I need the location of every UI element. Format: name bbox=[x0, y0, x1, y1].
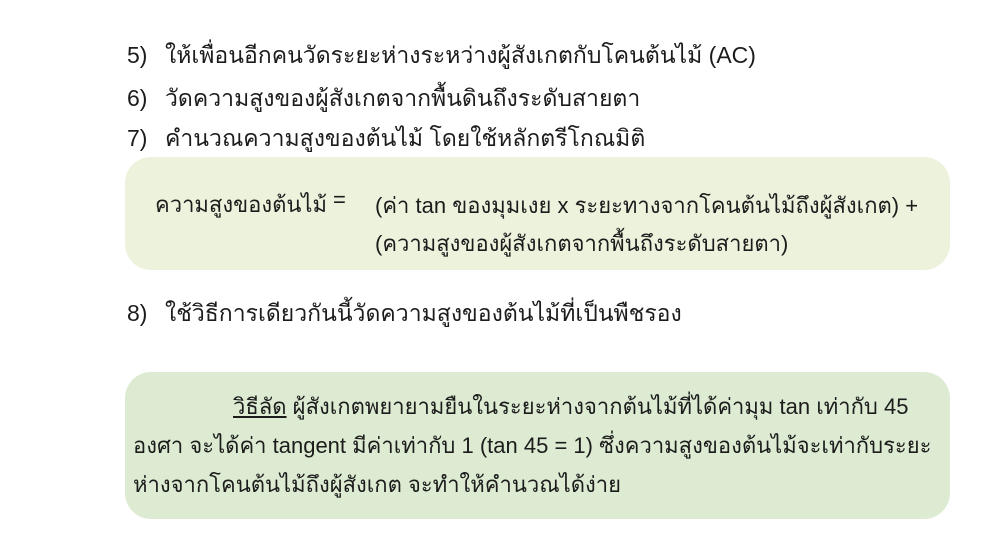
formula-equals-sign: = bbox=[333, 187, 346, 213]
step-text: วัดความสูงของผู้สังเกตจากพื้นดินถึงระดับ… bbox=[165, 83, 640, 113]
step-item-6: 6) วัดความสูงของผู้สังเกตจากพื้นดินถึงระ… bbox=[127, 83, 640, 113]
step-text: ใช้วิธีการเดียวกันนี้วัดความสูงของต้นไม้… bbox=[165, 298, 682, 328]
step-item-7: 7) คำนวณความสูงของต้นไม้ โดยใช้หลักตรีโก… bbox=[127, 123, 645, 153]
document-page: 5) ให้เพื่อนอีกคนวัดระยะห่างระหว่างผู้สั… bbox=[0, 0, 996, 537]
formula-line-2: (ความสูงของผู้สังเกตจากพื้นถึงระดับสายตา… bbox=[375, 225, 918, 263]
tree-height-formula-box: ความสูงของต้นไม้ = (ค่า tan ของมุมเงย x … bbox=[125, 157, 950, 270]
formula-label: ความสูงของต้นไม้ bbox=[155, 187, 327, 222]
step-number: 6) bbox=[127, 83, 165, 113]
shortcut-note-box: วิธีลัด ผู้สังเกตพยายามยืนในระยะห่างจากต… bbox=[125, 372, 950, 519]
formula-line-1: (ค่า tan ของมุมเงย x ระยะทางจากโคนต้นไม้… bbox=[375, 187, 918, 225]
shortcut-paragraph: วิธีลัด ผู้สังเกตพยายามยืนในระยะห่างจากต… bbox=[125, 372, 950, 504]
shortcut-heading: วิธีลัด bbox=[233, 394, 287, 419]
step-text: คำนวณความสูงของต้นไม้ โดยใช้หลักตรีโกณมิ… bbox=[165, 123, 645, 153]
step-item-8: 8) ใช้วิธีการเดียวกันนี้วัดความสูงของต้น… bbox=[127, 298, 682, 328]
step-number: 8) bbox=[127, 298, 165, 328]
step-number: 7) bbox=[127, 123, 165, 153]
step-item-5: 5) ให้เพื่อนอีกคนวัดระยะห่างระหว่างผู้สั… bbox=[127, 40, 756, 70]
formula-right-side: (ค่า tan ของมุมเงย x ระยะทางจากโคนต้นไม้… bbox=[375, 187, 918, 263]
step-text: ให้เพื่อนอีกคนวัดระยะห่างระหว่างผู้สังเก… bbox=[165, 40, 756, 70]
step-number: 5) bbox=[127, 40, 165, 70]
